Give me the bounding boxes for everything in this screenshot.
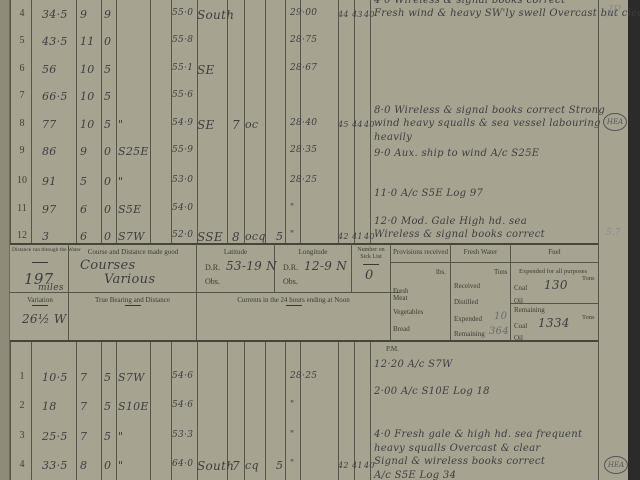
sick-list-label-2: Sick List	[352, 254, 390, 260]
margin-note: JP	[608, 3, 621, 17]
fuel-coal-remaining: 1334	[538, 316, 570, 330]
column-rule	[150, 0, 151, 243]
log-cell-wind-force: 7	[232, 118, 240, 132]
log-cell-hour: 6	[12, 63, 32, 74]
latitude-label: Latitude	[197, 248, 274, 256]
log-cell-barometer: 28·25	[290, 371, 317, 381]
log-cell-course: "	[118, 459, 123, 472]
summary-head-rule	[390, 262, 598, 263]
remark-line: 9·0 Aux. ship to wind A/c S25E	[374, 148, 539, 159]
log-cell-temp: 55·9	[172, 145, 193, 155]
log-cell-tenths: 0	[104, 145, 111, 158]
log-cell-barometer: 28·35	[290, 145, 317, 155]
log-cell-temp: 54·6	[172, 371, 193, 381]
log-cell-log: 25·5	[42, 430, 68, 443]
log-cell-wet: 43	[352, 10, 363, 19]
log-cell-barometer: 29·00	[290, 8, 317, 18]
log-cell-barometer: "	[290, 203, 294, 213]
margin-note: 5.7	[606, 228, 620, 238]
log-cell-log: 86	[42, 145, 57, 158]
column-rule	[265, 0, 266, 243]
summary-divider	[390, 244, 391, 340]
sick-list-value: 0	[365, 268, 374, 283]
longitude-dr-value: 12-9 N	[304, 259, 347, 273]
fuel-tons-label-2: Tons	[582, 314, 595, 321]
log-cell-knots: 9	[80, 8, 87, 21]
log-cell-wind-force: 8	[232, 230, 240, 244]
log-cell-temp: 55·8	[172, 35, 193, 45]
column-rule	[10, 0, 11, 243]
column-rule	[150, 342, 151, 480]
log-cell-temp: 54·6	[172, 400, 193, 410]
label-underline	[363, 264, 379, 265]
log-cell-tenths: 5	[104, 90, 111, 103]
remark-line: 8·0 Wireless & signal books correct Stro…	[374, 105, 605, 116]
log-cell-log: 77	[42, 118, 57, 131]
log-cell-knots: 8	[80, 459, 87, 472]
log-cell-course: S10E	[118, 400, 149, 413]
log-cell-log: 18	[42, 400, 57, 413]
log-cell-tenths: 9	[104, 8, 111, 21]
initials-stamp: HEA	[604, 456, 628, 474]
column-rule	[300, 342, 301, 480]
label-underline	[32, 262, 48, 263]
distance-label: Distance run through the Water	[12, 247, 68, 253]
log-cell-hour: 10	[12, 175, 32, 186]
latitude-dr-value: 53-19 N	[226, 259, 277, 273]
log-cell-log: 10·5	[42, 371, 68, 384]
column-rule	[116, 342, 117, 480]
log-cell-sea: 5	[276, 230, 283, 243]
initials-stamp: HEA	[603, 113, 627, 131]
log-cell-tenths: 0	[104, 459, 111, 472]
log-cell-barometer: 28·75	[290, 35, 317, 45]
log-cell-barometer: "	[290, 400, 294, 410]
log-cell-knots: 9	[80, 145, 87, 158]
sick-list-label: Number on	[352, 247, 390, 253]
log-cell-tenths: 5	[104, 63, 111, 76]
log-cell-air: 42	[338, 232, 349, 241]
log-cell-temp: 55·1	[172, 63, 193, 73]
remark-line: 12·20 A/c S7W	[374, 359, 453, 370]
log-cell-wind-dir: SE	[197, 63, 215, 77]
remarks-right-rule	[598, 0, 599, 480]
summary-bottom-rule	[10, 340, 598, 342]
label-underline	[32, 305, 48, 306]
log-cell-course: "	[118, 430, 123, 443]
remark-line: 2·00 A/c S10E Log 18	[374, 386, 490, 397]
log-cell-tenths: 0	[104, 230, 111, 243]
provision-vegetables: Vegetables	[393, 308, 423, 316]
fuel-label: Fuel	[511, 248, 598, 256]
fresh-water-received-label: Received	[454, 282, 480, 290]
fresh-water-expended-value: 10	[494, 311, 507, 322]
remark-line: heavily	[374, 132, 412, 143]
summary-divider	[450, 244, 451, 340]
log-cell-hour: 8	[12, 118, 32, 129]
log-cell-course: "	[118, 118, 123, 131]
column-rule	[227, 0, 228, 243]
distance-unit: miles	[38, 283, 64, 293]
log-cell-tenths: 5	[104, 430, 111, 443]
log-cell-air: 45	[338, 120, 349, 129]
longitude-label: Longitude	[275, 248, 351, 256]
log-cell-knots: 10	[80, 63, 95, 76]
log-cell-log: 91	[42, 175, 57, 188]
latitude-obs-label: Obs.	[205, 277, 220, 286]
page-binding-edge	[0, 0, 10, 480]
log-cell-air: 42	[338, 461, 349, 470]
currents-label: Currents in the 24 hours ending at Noon	[197, 296, 390, 304]
log-cell-hour: 12	[12, 230, 32, 241]
log-cell-knots: 7	[80, 371, 87, 384]
log-cell-temp: 55·0	[172, 8, 193, 18]
courses-label: Course and Distance made good	[70, 248, 196, 256]
fuel-tons-label: Tons	[582, 275, 595, 282]
log-cell-temp: 54·0	[172, 203, 193, 213]
fuel-coal-label: Coal	[514, 284, 527, 292]
fresh-water-remaining-value: 364	[489, 326, 509, 337]
log-cell-wind-dir: South	[197, 8, 234, 22]
remark-line: A/c S5E Log 34	[374, 470, 456, 480]
log-cell-weather: oc	[245, 118, 258, 131]
fuel-coal-expended: 130	[544, 278, 568, 292]
column-rule	[338, 342, 339, 480]
log-cell-wind-dir: South	[197, 459, 234, 473]
log-cell-log: 97	[42, 203, 57, 216]
label-underline	[125, 305, 141, 306]
log-cell-knots: 7	[80, 430, 87, 443]
column-rule	[76, 0, 77, 243]
provision-bread: Bread	[393, 325, 410, 333]
log-cell-hour: 4	[12, 8, 32, 19]
log-cell-course: S5E	[118, 203, 141, 216]
provisions-label: Provisions received	[391, 248, 450, 256]
fuel-mid-rule	[510, 303, 598, 304]
remark-line: 12·0 Mod. Gale High hd. sea	[374, 216, 527, 227]
log-cell-knots: 6	[80, 230, 87, 243]
log-cell-sea: 5	[276, 459, 283, 472]
latitude-dr-label: D.R.	[205, 263, 220, 272]
log-cell-course: S7W	[118, 371, 145, 384]
summary-divider	[68, 244, 69, 340]
column-rule	[101, 0, 102, 243]
log-cell-tenths: 5	[104, 400, 111, 413]
courses-value-2: Various	[104, 272, 155, 287]
log-cell-wet: 41	[352, 461, 363, 470]
summary-divider	[510, 244, 511, 340]
log-cell-temp: 52·0	[172, 230, 193, 240]
label-underline	[286, 305, 302, 306]
log-cell-log: 43·5	[42, 35, 68, 48]
log-cell-wind-force: 7	[232, 459, 240, 473]
column-rule	[10, 342, 11, 480]
fresh-water-distilled-label: Distilled	[454, 298, 478, 306]
log-cell-barometer: 28·25	[290, 175, 317, 185]
fresh-water-remaining-label: Remaining	[454, 330, 485, 338]
log-cell-hour: 11	[12, 203, 32, 214]
true-bearing-label: True Bearing and Distance	[69, 296, 196, 304]
log-cell-course: "	[118, 175, 123, 188]
column-rule	[265, 342, 266, 480]
log-cell-wet: 41	[352, 232, 363, 241]
log-cell-knots: 11	[80, 35, 95, 48]
provisions-unit: lbs.	[436, 268, 446, 276]
column-rule	[285, 0, 286, 243]
provision-fresh-meat: Fresh Meat	[393, 288, 413, 302]
remark-line: 4·0 Fresh gale & high hd. sea frequent	[374, 429, 582, 440]
log-cell-course: S25E	[118, 145, 149, 158]
log-cell-barometer: 28·67	[290, 63, 317, 73]
column-rule	[76, 342, 77, 480]
log-cell-log: 56	[42, 63, 57, 76]
column-rule	[101, 342, 102, 480]
longitude-dr-label: D.R.	[283, 263, 298, 272]
log-cell-knots: 10	[80, 90, 95, 103]
log-cell-temp: 55·6	[172, 90, 193, 100]
log-cell-tenths: 0	[104, 175, 111, 188]
log-cell-knots: 7	[80, 400, 87, 413]
log-cell-hour: 4	[12, 459, 32, 470]
remark-line: Signal & wireless books correct	[374, 456, 545, 467]
column-rule	[354, 342, 355, 480]
fresh-water-unit: Tons	[494, 268, 508, 276]
log-cell-hour: 7	[12, 90, 32, 101]
log-cell-knots: 6	[80, 203, 87, 216]
log-cell-hour: 3	[12, 430, 32, 441]
log-cell-barometer: "	[290, 430, 294, 440]
fresh-water-expended-label: Expended	[454, 315, 482, 323]
log-cell-weather: cq	[245, 459, 259, 472]
log-cell-temp: 53·0	[172, 175, 193, 185]
courses-value: Courses	[80, 258, 136, 273]
column-rule	[370, 342, 371, 480]
log-cell-barometer: "	[290, 459, 294, 469]
log-cell-hour: 1	[12, 371, 32, 382]
fuel-oil-label-2: Oil	[514, 334, 523, 342]
log-cell-course: S7W	[118, 230, 145, 243]
log-cell-tenths: 0	[104, 203, 111, 216]
log-cell-tenths: 5	[104, 118, 111, 131]
log-cell-log: 34·5	[42, 8, 68, 21]
column-rule	[285, 342, 286, 480]
remark-line: Wireless & signal books correct	[374, 229, 545, 240]
log-cell-tenths: 5	[104, 371, 111, 384]
log-cell-hour: 5	[12, 35, 32, 46]
remark-line: wind heavy squalls & sea vessel labourin…	[374, 118, 601, 129]
log-cell-knots: 5	[80, 175, 87, 188]
remark-line: heavy squalls Overcast & clear	[374, 443, 540, 454]
longitude-obs-label: Obs.	[283, 277, 298, 286]
log-cell-weather: ocq	[245, 230, 266, 243]
log-cell-temp: 54·9	[172, 118, 193, 128]
log-cell-barometer: "	[290, 230, 294, 240]
log-cell-wind-dir: SE	[197, 118, 215, 132]
fuel-oil-label: Oil	[514, 297, 523, 305]
fuel-coal-label-2: Coal	[514, 322, 527, 330]
variation-label: Variation	[12, 296, 68, 304]
log-cell-wind-dir: SSE	[197, 230, 223, 244]
log-cell-knots: 10	[80, 118, 95, 131]
fuel-expended-label: Expended for all purposes	[519, 268, 587, 275]
log-page: 434·59955·0South29·00444340543·511055·82…	[0, 0, 628, 480]
log-cell-log: 33·5	[42, 459, 68, 472]
fuel-remaining-label: Remaining	[514, 306, 545, 314]
log-cell-temp: 64·0	[172, 459, 193, 469]
fresh-water-label: Fresh Water	[451, 248, 510, 256]
log-cell-wet: 44	[352, 120, 363, 129]
log-cell-barometer: 28·40	[290, 118, 317, 128]
log-cell-hour: 2	[12, 400, 32, 411]
log-cell-log: 3	[42, 230, 49, 243]
variation-value: 26½ W	[22, 312, 67, 326]
log-cell-temp: 53·3	[172, 430, 193, 440]
log-cell-tenths: 0	[104, 35, 111, 48]
column-rule	[116, 0, 117, 243]
remark-line: 11·0 A/c S5E Log 97	[374, 188, 483, 199]
pm-header: P.M.	[386, 345, 399, 353]
log-cell-hour: 9	[12, 145, 32, 156]
remark-line: Fresh wind & heavy SW'ly swell Overcast …	[374, 8, 640, 19]
log-cell-log: 66·5	[42, 90, 68, 103]
summary-divider	[196, 244, 197, 340]
log-cell-air: 44	[338, 10, 349, 19]
remark-line: 4·0 Wireless & signal books correct	[374, 0, 565, 6]
